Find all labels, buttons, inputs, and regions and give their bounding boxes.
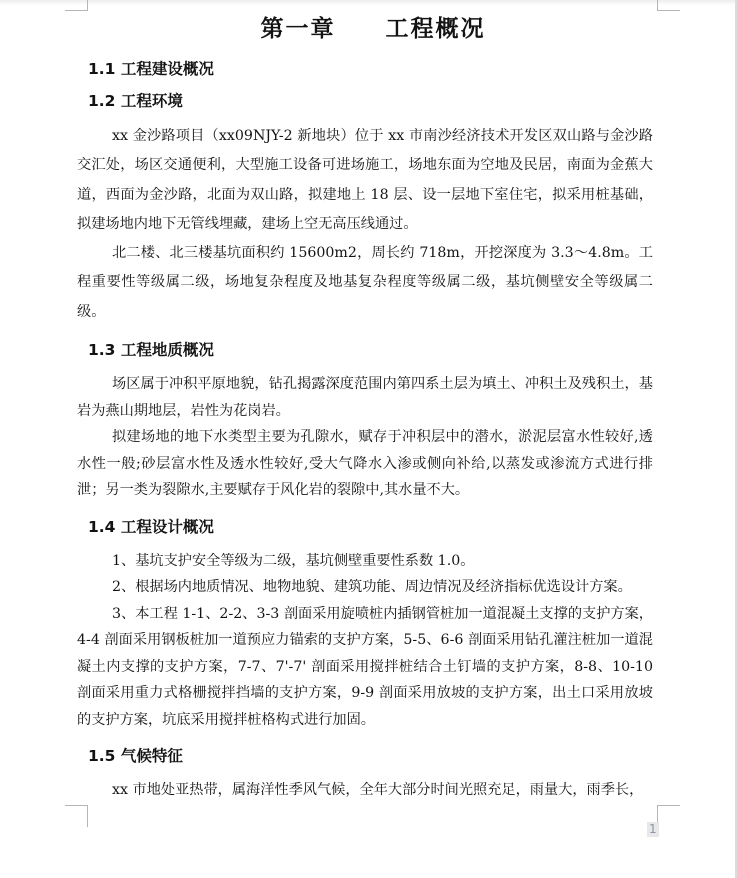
paragraph: xx 金沙路项目（xx09NJY-2 新地块）位于 xx 市南沙经济技术开发区双… <box>77 122 653 239</box>
section-heading-1-1: 1.1 工程建设概况 <box>77 60 653 78</box>
list-item: 3、本工程 1-1、2-2、3-3 剖面采用旋喷桩内插钢管桩加一道混凝土支撑的支… <box>77 601 653 734</box>
section-1-5: 1.5 气候特征 xx 市地处亚热带，属海洋性季风气候，全年大部分时间光照充足，… <box>77 747 653 804</box>
crop-mark-bottom-left <box>65 805 88 827</box>
section-heading-1-3: 1.3 工程地质概况 <box>77 341 653 359</box>
list-item: 2、根据场内地质情况、地物地貌、建筑功能、周边情况及经济指标优选设计方案。 <box>77 574 653 601</box>
page-number-field: 1 <box>647 822 659 837</box>
section-1-3: 1.3 工程地质概况 场区属于冲积平原地貌，钻孔揭露深度范围内第四系土层为填土、… <box>77 341 653 504</box>
section-1-2: 1.2 工程环境 xx 金沙路项目（xx09NJY-2 新地块）位于 xx 市南… <box>77 92 653 327</box>
section-1-4: 1.4 工程设计概况 1、基坑支护安全等级为二级，基坑侧壁重要性系数 1.0。 … <box>77 518 653 734</box>
section-heading-1-5: 1.5 气候特征 <box>77 747 653 765</box>
chapter-title: 第一章 工程概况 <box>77 12 653 46</box>
page-top-edge <box>0 0 737 5</box>
paragraph: 北二楼、北三楼基坑面积约 15600m2，周长约 718m，开挖深度为 3.3～… <box>77 239 653 327</box>
crop-mark-bottom-right <box>657 805 680 827</box>
crop-mark-top-right <box>657 0 680 11</box>
crop-mark-top-left <box>65 0 88 11</box>
section-heading-1-2: 1.2 工程环境 <box>77 92 653 110</box>
paragraph: 场区属于冲积平原地貌，钻孔揭露深度范围内第四系土层为填土、冲积土及残积土，基岩为… <box>77 371 653 424</box>
section-1-1: 1.1 工程建设概况 <box>77 60 653 78</box>
document-body: 第一章 工程概况 1.1 工程建设概况 1.2 工程环境 xx 金沙路项目（xx… <box>77 12 653 804</box>
paragraph: xx 市地处亚热带，属海洋性季风气候，全年大部分时间光照充足，雨量大，雨季长， <box>77 777 653 804</box>
paragraph: 拟建场地的地下水类型主要为孔隙水，赋存于冲积层中的潜水，淤泥层富水性较好,透水性… <box>77 424 653 504</box>
document-page: { "document": { "title": "第一章 工程概况", "pa… <box>0 0 737 878</box>
section-heading-1-4: 1.4 工程设计概况 <box>77 518 653 536</box>
list-item: 1、基坑支护安全等级为二级，基坑侧壁重要性系数 1.0。 <box>77 548 653 575</box>
